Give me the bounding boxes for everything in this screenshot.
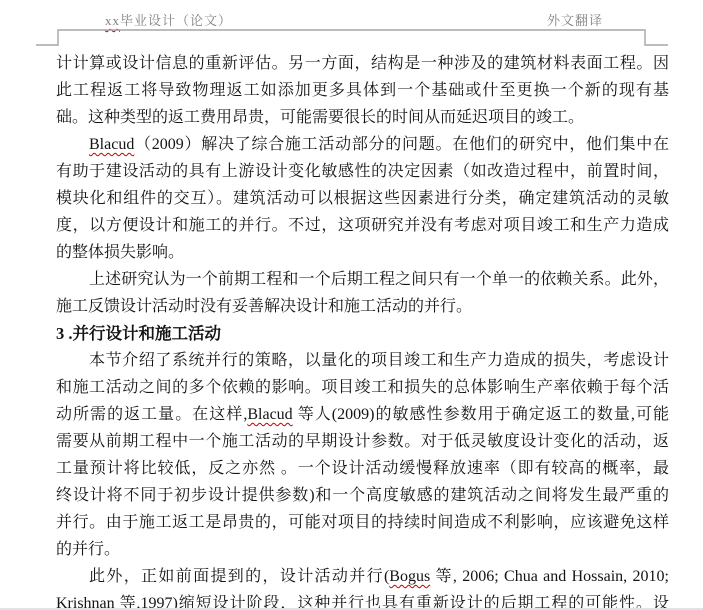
- text-line[interactable]: 的并行。: [56, 536, 669, 563]
- text-line[interactable]: 此外，正如前面提到的，设计活动并行(Bogus 等, 2006; Chua an…: [56, 563, 669, 590]
- text-line[interactable]: 计计算或设计信息的重新评估。另一方面，结构是一种涉及的建筑材料表面工程。因: [56, 50, 669, 77]
- text-line[interactable]: 的整体损失影响。: [56, 239, 669, 266]
- text-line[interactable]: Blacud（2009）解决了综合施工活动部分的问题。在他们的研究中，他们集中在: [56, 131, 669, 158]
- text-line[interactable]: 上述研究认为一个前期工程和一个后期工程之间只有一个单一的依赖关系。此外，: [56, 266, 669, 293]
- text-line[interactable]: 并行。由于施工返工是昂贵的，可能对项目的持续时间造成不利影响，应该避免这样: [56, 509, 669, 536]
- text-line[interactable]: 础。这种类型的返工费用昂贵，可能需要很长的时间从而延迟项目的竣工。: [56, 104, 669, 131]
- text-line[interactable]: 需要从前期工程中一个施工活动的早期设计参数。对于低灵敏度设计变化的活动，返: [56, 428, 669, 455]
- document-body[interactable]: 计计算或设计信息的重新评估。另一方面，结构是一种涉及的建筑材料表面工程。因此工程…: [56, 50, 669, 610]
- text-line[interactable]: 动所需的返工量。在这样,Blacud 等人(2009)的敏感性参数用于确定返工的…: [56, 401, 669, 428]
- text-line[interactable]: 工量预计将比较低，反之亦然 。一个设计活动缓慢释放速率（即有较高的概率，最: [56, 455, 669, 482]
- text-line[interactable]: 有助于建设活动的具有上游设计变化敏感性的决定因素（如改造过程中，前置时间，: [56, 158, 669, 185]
- page-header: xx毕业设计（论文） 外文翻译: [0, 0, 703, 46]
- misspelled-word: Blacud: [247, 406, 292, 423]
- text-line[interactable]: 和施工活动之间的多个依赖的影响。项目竣工和损失的总体影响生产率依赖于每个活: [56, 374, 669, 401]
- text-line[interactable]: 施工反馈设计活动时没有妥善解决设计和施工活动的并行。: [56, 293, 669, 320]
- misspelled-word: Blacud: [89, 136, 134, 153]
- text-line[interactable]: Krishnan 等,1997)缩短设计阶段，这种并行也具有重新设计的后期工程的…: [56, 590, 669, 610]
- text-line[interactable]: 终设计将不同于初步设计提供参数)和一个高度敏感的建筑活动之间将发生最严重的: [56, 482, 669, 509]
- text-line[interactable]: 度，以方便设计和施工的并行。不过，这项研究并没有考虑对项目竣工和生产力造成: [56, 212, 669, 239]
- text-line[interactable]: 模块化和组件的交互）。建筑活动可以根据这些因素进行分类，确定建筑活动的灵敏: [56, 185, 669, 212]
- misspelled-word: Bogus: [389, 568, 430, 585]
- section-heading[interactable]: 3 .并行设计和施工活动: [56, 320, 669, 347]
- text-line[interactable]: 本节介绍了系统并行的策略，以量化的项目竣工和生产力造成的损失，考虑设计: [56, 347, 669, 374]
- text-line[interactable]: 此工程返工将导致物理返工如添加更多具体到一个基础或什至更换一个新的现有基: [56, 77, 669, 104]
